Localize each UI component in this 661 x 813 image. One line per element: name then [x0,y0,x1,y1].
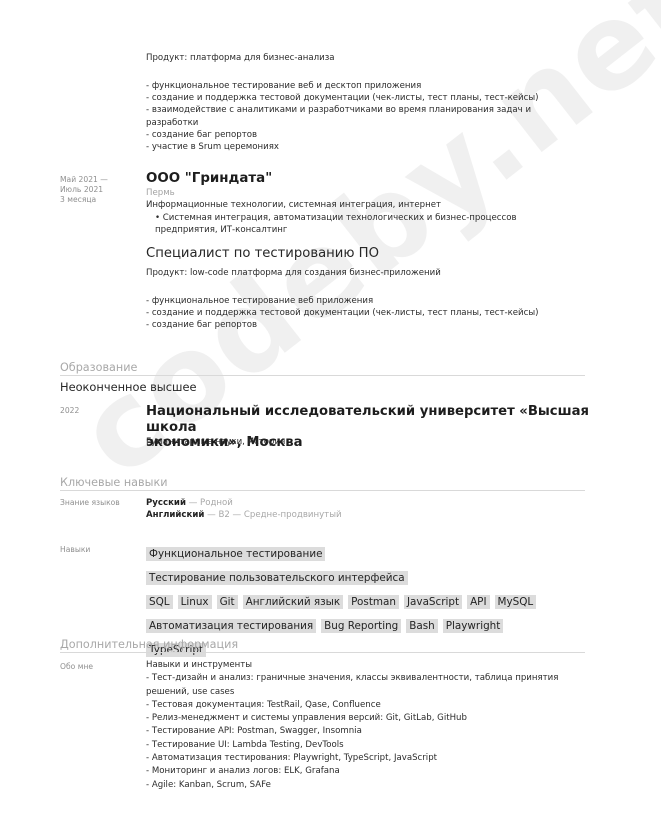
period-start: Май 2021 — [60,175,108,185]
experience-period: Май 2021 — Июль 2021 3 месяца [60,175,108,205]
language-name: Русский [146,498,186,508]
industry-detail-line: • Системная интеграция, автоматизации те… [146,212,586,224]
language-level: — Родной [186,498,233,508]
university-faculty: Гуманитарные науки, История [146,436,586,448]
grindata-product: Продукт: low-code платформа для создания… [146,267,586,279]
about-text: Навыки и инструменты - Тест-дизайн и ана… [146,659,586,792]
skill-tag: API [467,595,489,609]
section-title-additional: Дополнительная информация [60,638,585,653]
duty-line: - взаимодействие с аналитиками и разрабо… [146,104,586,116]
about-line: - Автоматизация тестирования: Playwright… [146,752,586,765]
about-label: Обо мне [60,662,93,672]
skill-tag: Bug Reporting [321,619,401,633]
about-line: - Тестирование UI: Lambda Testing, DevTo… [146,739,586,752]
duty-line: - участие в Srum церемониях [146,141,586,153]
language-item: Английский — B2 — Средне-продвинутый [146,509,586,521]
skill-tag: MySQL [495,595,537,609]
tags-row: Автоматизация тестированияBug ReportingB… [146,614,596,638]
prev-product: Продукт: платформа для бизнес-анализа [146,52,586,64]
about-line: Навыки и инструменты [146,659,586,672]
skill-tag: Функциональное тестирование [146,547,325,561]
language-item: Русский — Родной [146,497,586,509]
duty-line: - создание и поддержка тестовой документ… [146,92,586,104]
company-industry: Информационные технологии, системная инт… [146,199,586,211]
about-line: - Agile: Kanban, Scrum, SAFe [146,779,586,792]
education-level: Неоконченное высшее [60,380,196,394]
skill-tag: Автоматизация тестирования [146,619,316,633]
about-line: - Тестирование API: Postman, Swagger, In… [146,725,586,738]
resume-page: codeby.net Продукт: платформа для бизнес… [0,0,661,813]
duty-line: - создание баг репортов [146,319,586,331]
skill-tag: Linux [178,595,212,609]
duty-line: - функциональное тестирование веб и деск… [146,80,586,92]
skill-tag: JavaScript [404,595,462,609]
language-name: Английский [146,510,204,520]
university-line: Национальный исследовательский университ… [146,404,616,435]
duty-line: - функциональное тестирование веб прилож… [146,295,586,307]
company-city: Пермь [146,187,586,199]
tags-row: Функциональное тестированиеТестирование … [146,542,596,590]
skill-tag: Тестирование пользовательского интерфейс… [146,571,408,585]
languages-list: Русский — Родной Английский — B2 — Средн… [146,497,586,521]
grindata-duties: - функциональное тестирование веб прилож… [146,295,586,332]
skills-label: Навыки [60,545,90,555]
duty-line: - создание и поддержка тестовой документ… [146,307,586,319]
duty-line: - создание баг репортов [146,129,586,141]
period-end: Июль 2021 [60,185,108,195]
section-title-education: Образование [60,361,585,376]
about-line: решений, use cases [146,686,586,699]
about-line: - Релиз-менеджмент и системы управления … [146,712,586,725]
position-title: Специалист по тестированию ПО [146,246,586,262]
education-year: 2022 [60,406,79,416]
section-title-key-skills: Ключевые навыки [60,476,585,491]
duration: 3 месяца [60,195,108,205]
company-industry-detail: • Системная интеграция, автоматизации те… [146,212,586,236]
industry-detail-line: предприятия, ИТ-консалтинг [146,224,586,236]
skill-tag: Английский язык [243,595,344,609]
about-line: - Мониторинг и анализ логов: ELK, Grafan… [146,765,586,778]
duty-line: разработки [146,117,586,129]
language-level: — B2 — Средне-продвинутый [204,510,341,520]
about-line: - Тестовая документация: TestRail, Qase,… [146,699,586,712]
skill-tag: Git [217,595,238,609]
skill-tag: SQL [146,595,173,609]
skill-tag: Bash [406,619,438,633]
languages-label: Знание языков [60,498,120,508]
about-line: - Тест-дизайн и анализ: граничные значен… [146,672,586,685]
skill-tag: Postman [348,595,399,609]
tags-row: SQLLinuxGitАнглийский языкPostmanJavaScr… [146,590,596,614]
company-name: ООО "Гриндата" [146,171,586,187]
prev-duties: - функциональное тестирование веб и деск… [146,80,586,153]
skill-tag: Playwright [443,619,504,633]
